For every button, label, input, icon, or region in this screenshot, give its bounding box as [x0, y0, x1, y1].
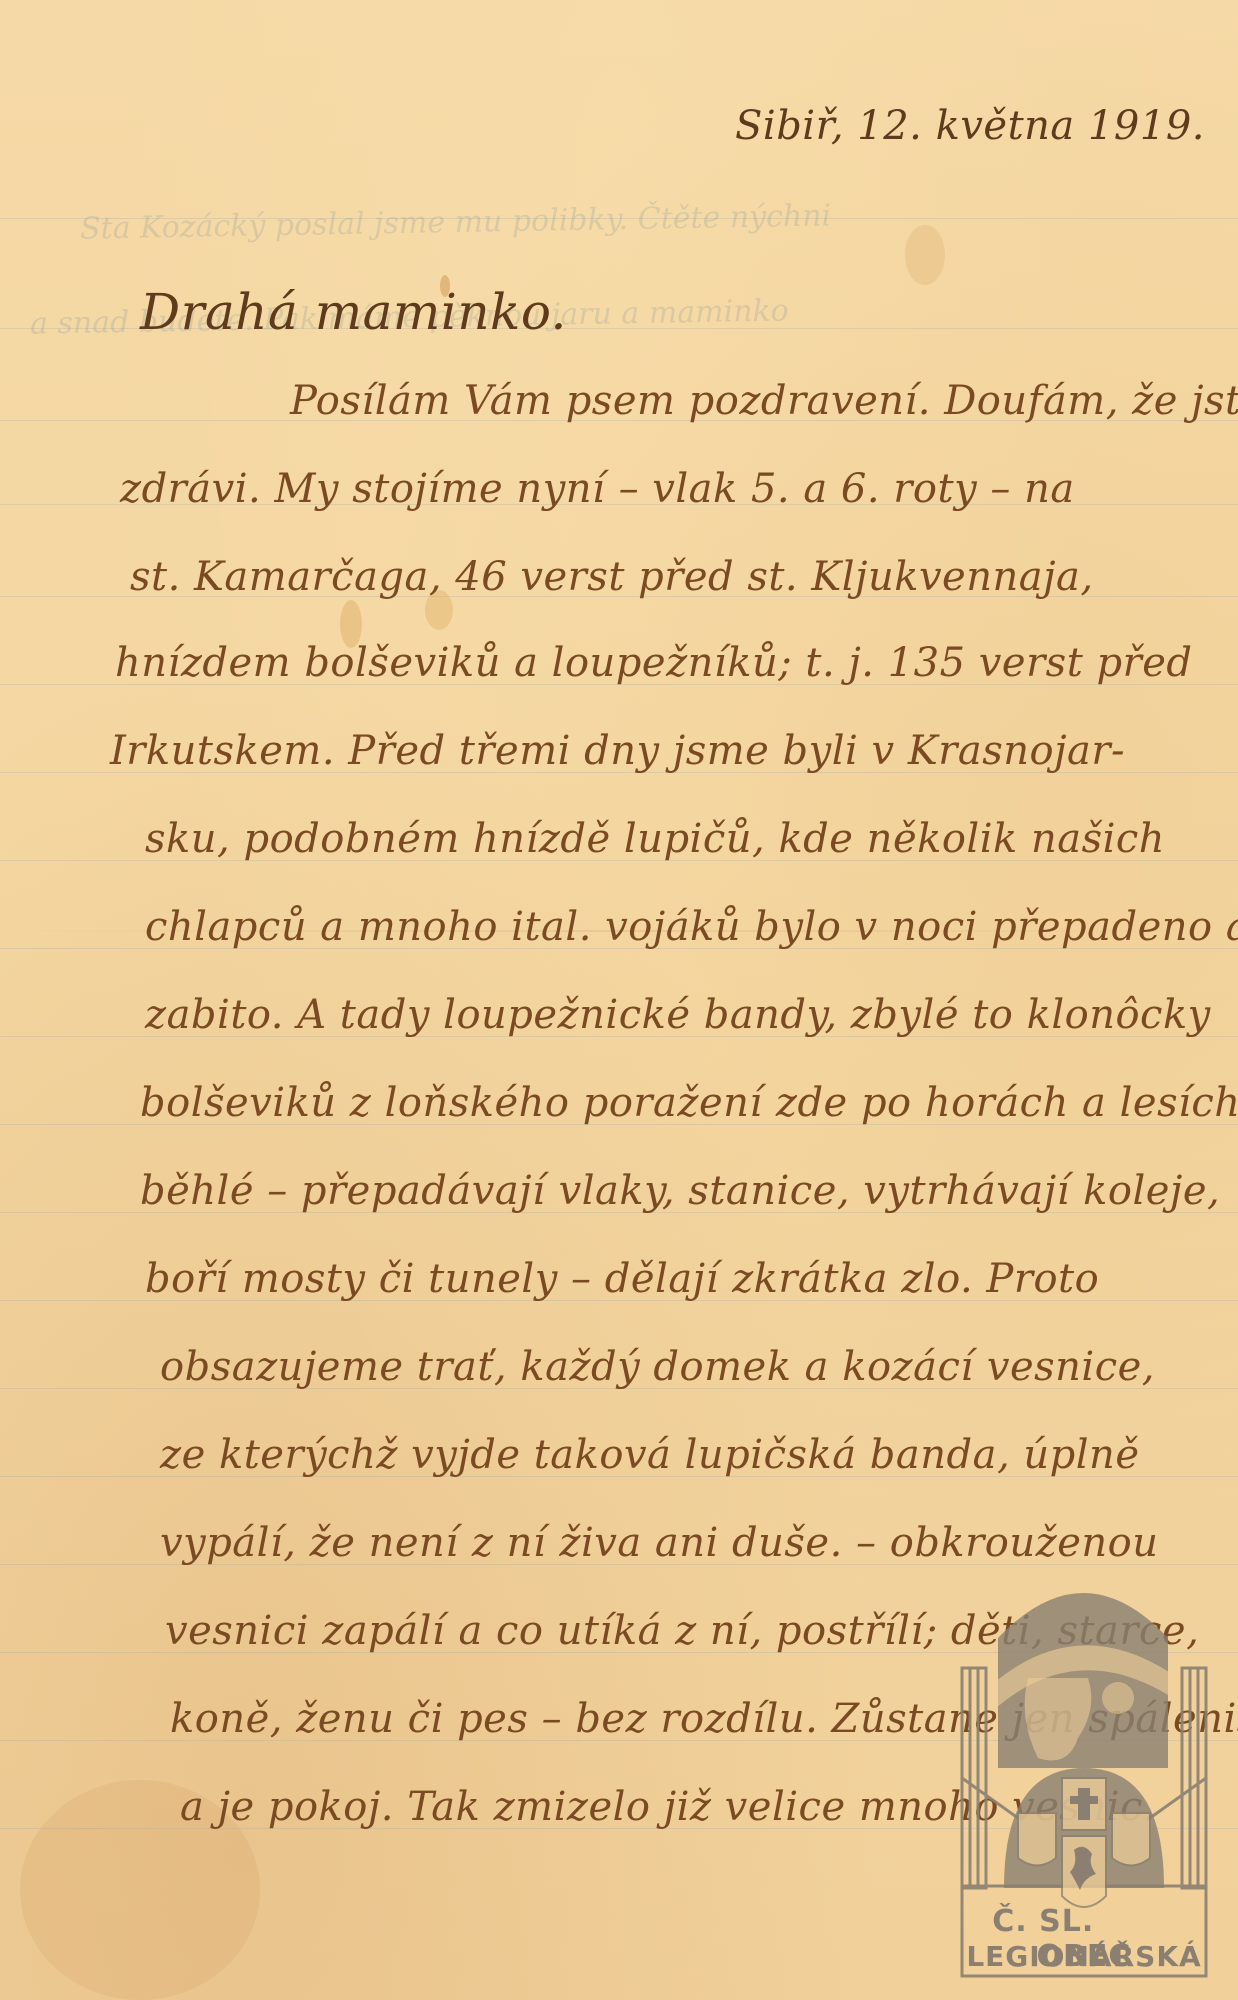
letter-line: zdrávi. My stojíme nyní – vlak 5. a 6. r… — [120, 466, 1075, 512]
bleed-through-text: Sta Kozácký poslal jsme mu polibky. Čtět… — [80, 198, 832, 246]
letter-dateline: Sibiř, 12. května 1919. — [735, 103, 1205, 149]
letter-line: Posílám Vám psem pozdravení. Doufám, že … — [290, 378, 1238, 424]
letter-line: ze kterýchž vyjde taková lupičská banda,… — [160, 1432, 1139, 1478]
letter-line: chlapců a mnoho ital. vojáků bylo v noci… — [145, 904, 1238, 950]
watermark-legionarska: LEGIONÁŘSKÁ — [958, 1940, 1210, 1973]
watermark-csl: Č. SL. — [992, 1904, 1094, 1939]
letter-line: běhlé – přepadávají vlaky, stanice, vytr… — [140, 1168, 1220, 1214]
letter-line: obsazujeme trať, každý domek a kozácí ve… — [160, 1344, 1155, 1390]
letter-line: hnízdem bolševiků a loupežníků; t. j. 13… — [115, 640, 1193, 686]
letter-line: vypálí, že není z ní živa ani duše. – ob… — [160, 1520, 1158, 1566]
letter-page: Sta Kozácký poslal jsme mu polibky. Čtět… — [0, 0, 1238, 2000]
letter-line: bolševiků z loňského poražení zde po hor… — [140, 1080, 1238, 1126]
letter-line: zabito. A tady loupežnické bandy, zbylé … — [145, 992, 1211, 1038]
letter-line: st. Kamarčaga, 46 verst před st. Kljukve… — [130, 554, 1094, 600]
letter-line: boří mosty či tunely – dělají zkrátka zl… — [145, 1256, 1099, 1302]
legion-watermark-logo: Č. SL. OBEC LEGIONÁŘSKÁ — [958, 1568, 1210, 1980]
letter-greeting: Drahá maminko. — [140, 283, 567, 341]
letter-line: Irkutskem. Před třemi dny jsme byli v Kr… — [110, 728, 1125, 774]
letter-line: sku, podobném hnízdě lupičů, kde několik… — [145, 816, 1165, 862]
stain — [905, 225, 945, 285]
